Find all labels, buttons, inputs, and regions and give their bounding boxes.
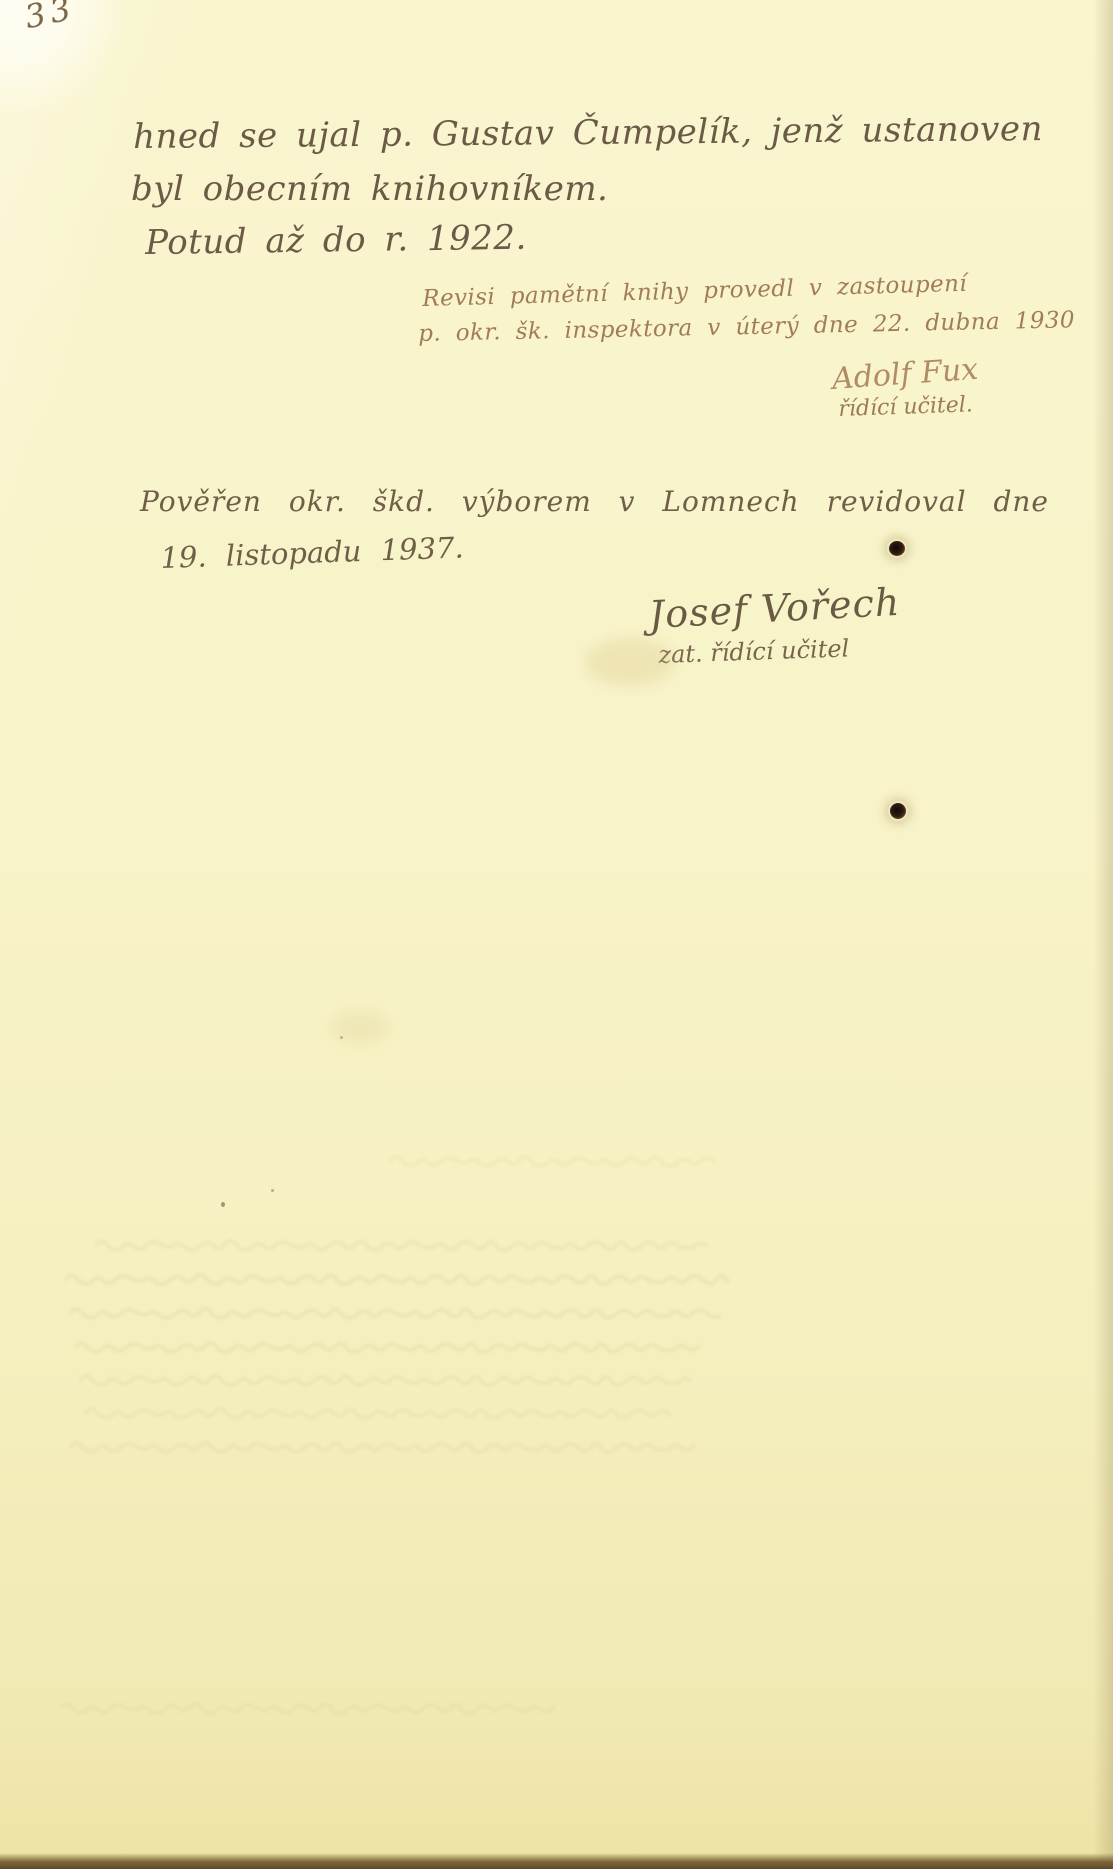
entry-line: Potud až do r. 1922. — [145, 221, 527, 262]
ink-bleedthrough-line — [95, 1232, 710, 1260]
revision-line: 19. listopadu 1937. — [160, 532, 464, 573]
ink-speck — [221, 1202, 225, 1207]
ink-bleedthrough-line — [70, 1300, 725, 1328]
ink-speck — [271, 1189, 274, 1192]
ink-bleedthrough-line — [60, 1695, 560, 1723]
ink-speck — [340, 1036, 343, 1039]
signature-title: řídící učitel. — [838, 393, 973, 421]
ink-bleedthrough-line — [85, 1400, 680, 1428]
paper-stain — [330, 1010, 390, 1044]
page-edge-bottom — [0, 1853, 1113, 1869]
revision-line: Revisi pamětní knihy provedl v zastoupen… — [422, 272, 967, 311]
revision-line: Pověřen okr. škd. výborem v Lomnech revi… — [140, 487, 1049, 516]
page-edge-shadow-right — [1093, 0, 1113, 1869]
ink-bleedthrough-line — [80, 1367, 700, 1395]
entry-line: hned se ujal p. Gustav Čumpelík, jenž us… — [133, 112, 1043, 156]
binding-hole-bottom — [890, 803, 906, 819]
ink-bleedthrough-line — [70, 1434, 700, 1462]
page-number: 33 — [22, 0, 79, 35]
signature-title: zat. řídící učitel — [658, 636, 850, 668]
ink-bleedthrough-line — [75, 1334, 705, 1362]
ink-bleedthrough-line — [390, 1148, 720, 1176]
ink-bleedthrough-line — [65, 1266, 730, 1294]
signature-adolf-fux: Adolf Fux — [831, 354, 979, 396]
binding-hole-top — [889, 541, 905, 556]
scanned-chronicle-page: 33 hned se ujal p. Gustav Čumpelík, jenž… — [0, 0, 1113, 1869]
entry-line: byl obecním knihovníkem. — [131, 172, 608, 208]
signature-josef-vorech: Josef Vořech — [648, 583, 901, 636]
revision-line: p. okr. šk. inspektora v úterý dne 22. d… — [418, 308, 1075, 346]
